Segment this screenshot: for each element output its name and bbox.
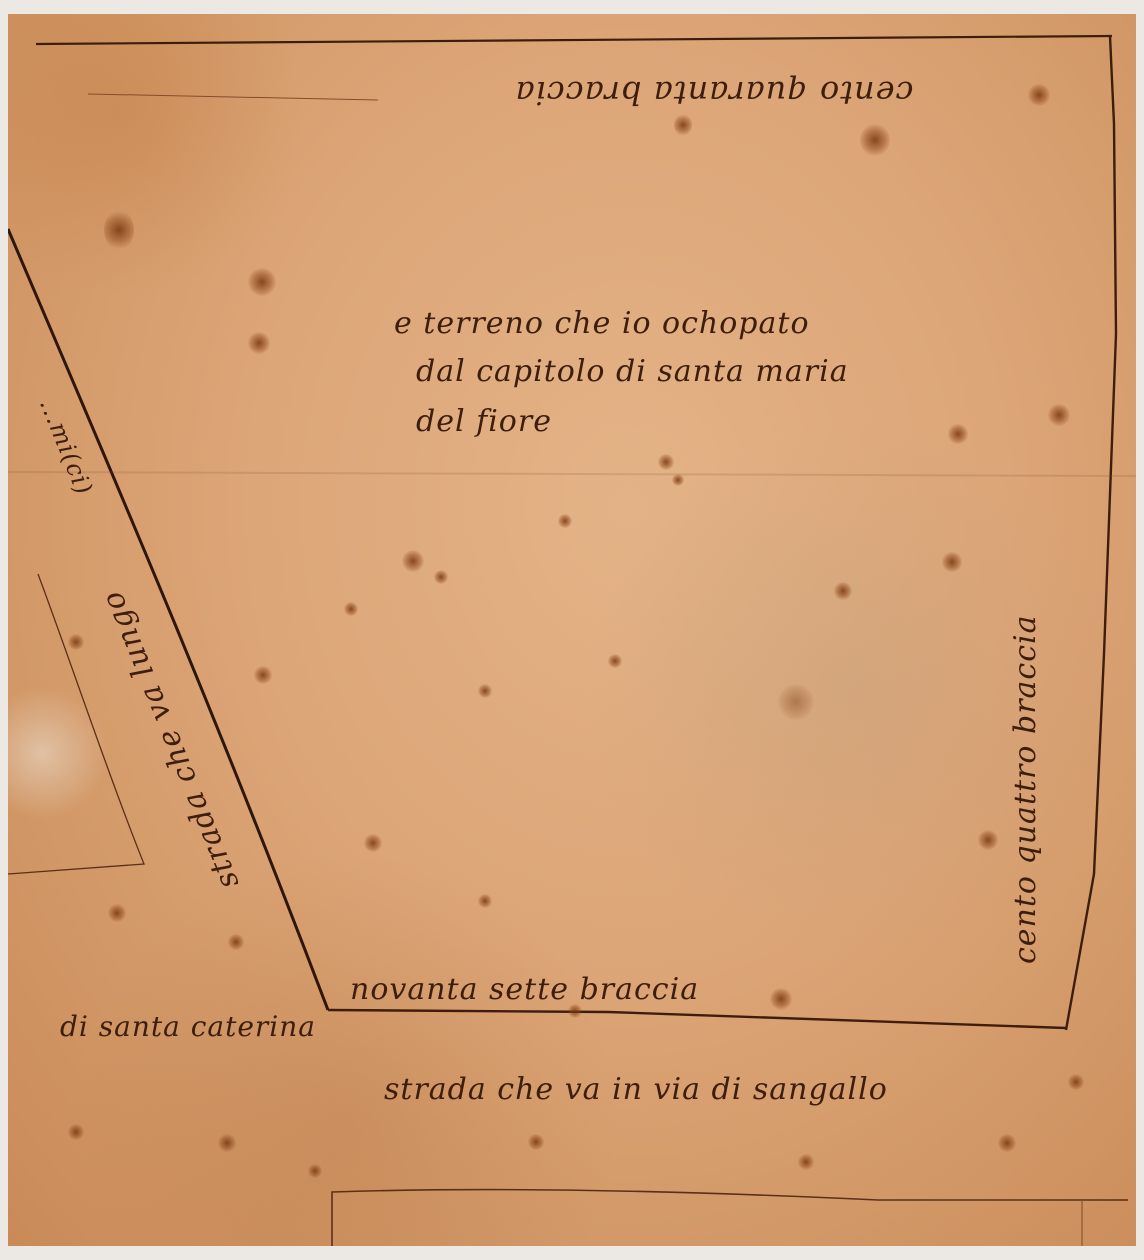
foxing-spot <box>798 1154 814 1170</box>
plot-outline-drawing <box>8 14 1136 1246</box>
foxing-spot <box>254 666 272 684</box>
foxing-spot <box>1048 404 1070 426</box>
foxing-spot <box>248 332 270 354</box>
foxing-spot <box>364 834 382 852</box>
right-edge-inscription: cento quattro braccia <box>1008 614 1043 964</box>
foxing-spot <box>228 934 244 950</box>
manuscript-sheet: cento quaranta braccia e terreno che io … <box>8 14 1136 1246</box>
foxing-spot <box>68 634 84 650</box>
foxing-spot <box>108 904 126 922</box>
foxing-spot <box>770 988 792 1010</box>
foxing-spot <box>834 582 852 600</box>
foxing-spot <box>344 602 358 616</box>
bottom-edge-inscription: novanta sette braccia <box>350 972 699 1007</box>
center-note-line-2: dal capitolo di santa maria <box>416 354 849 389</box>
foxing-spot <box>308 1164 322 1178</box>
foxing-spot <box>434 570 448 584</box>
lower-left-inscription: di santa caterina <box>60 1010 316 1043</box>
bottom-street-inscription: strada che va in via di sangallo <box>384 1072 888 1107</box>
foxing-spot <box>478 894 492 908</box>
foxing-spot <box>608 654 622 668</box>
foxing-spot <box>528 1134 544 1150</box>
center-note-line-3: del fiore <box>416 404 552 439</box>
foxing-spot <box>978 830 998 850</box>
top-edge-inscription: cento quaranta braccia <box>344 74 1084 112</box>
foxing-spot <box>674 114 692 136</box>
center-note-line-1: e terreno che io ochopato <box>394 306 810 341</box>
foxing-spot <box>558 514 572 528</box>
foxing-spot <box>658 454 674 470</box>
foxing-spot <box>860 124 890 156</box>
foxing-spot <box>68 1124 84 1140</box>
foxing-spot <box>248 268 276 296</box>
foxing-spot <box>998 1134 1016 1152</box>
foxing-spot <box>1068 1074 1084 1090</box>
foxing-spot <box>778 684 814 720</box>
foxing-spot <box>218 1134 236 1152</box>
foxing-spot <box>402 550 424 572</box>
foxing-spot <box>672 474 684 486</box>
foxing-spot <box>104 210 134 250</box>
foxing-spot <box>478 684 492 698</box>
foxing-spot <box>942 552 962 572</box>
foxing-spot <box>948 424 968 444</box>
